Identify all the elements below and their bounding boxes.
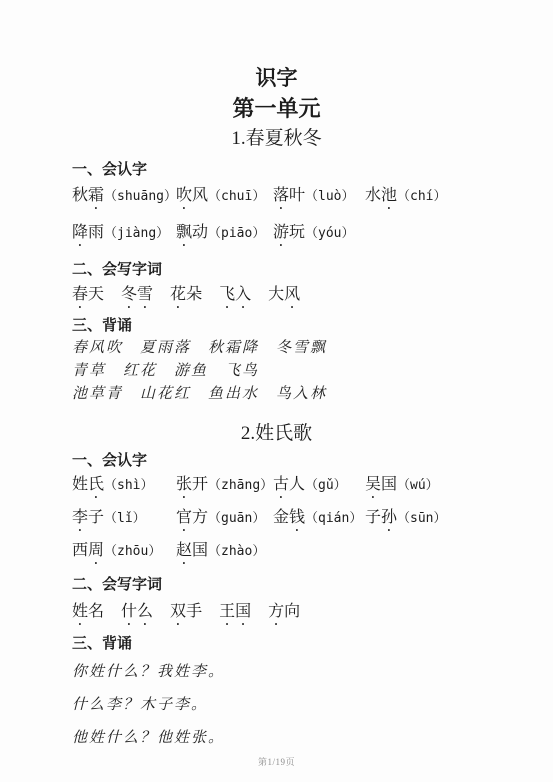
word-plain: 水 [365, 187, 381, 204]
word-plain: 子 [365, 509, 381, 526]
word-plain: 叶 [289, 187, 305, 204]
vocab-word: 花朵 [170, 283, 202, 312]
lesson2-recognize-heading: 一、会认字 [72, 450, 517, 472]
word-emphasized: 花 [170, 286, 186, 303]
vocab-word: 吹风（chuī） [176, 184, 273, 213]
vocab-word: 赵国（zhào） [176, 539, 273, 568]
word-plain: 风 [192, 187, 208, 204]
recite-line: 青草 红花 游鱼 飞鸟 [72, 360, 517, 383]
word-pinyin: （jiàng） [104, 226, 169, 241]
word-plain: 秋 [72, 187, 88, 204]
word-plain: 大 [268, 286, 284, 303]
vocab-word: 张开（zhāng） [176, 473, 273, 502]
word-pinyin: （yóu） [305, 226, 354, 241]
word-plain: 子 [88, 509, 104, 526]
lesson1-recognize-row-2: 降雨（jiàng） 飘动（piāo） 游玩（yóu） [72, 221, 517, 250]
word-emphasized: 李 [72, 509, 88, 526]
vocab-word: 金钱（qián） [273, 506, 365, 535]
word-emphasized: 吴 [365, 476, 381, 493]
word-plain: 玩 [289, 224, 305, 241]
lesson1-title: 1.春夏秋冬 [0, 124, 553, 154]
word-pinyin: （chí） [397, 189, 446, 204]
vocab-word: 秋霜（shuāng） [72, 184, 176, 213]
lesson1-recite-heading: 三、背诵 [72, 315, 517, 337]
recite-line: 你姓什么？我姓李。 [72, 661, 517, 684]
word-emphasized: 飘 [176, 224, 192, 241]
vocab-word: 落叶（luò） [273, 184, 365, 213]
lesson2-title: 2.姓氏歌 [0, 419, 553, 449]
vocab-word: 降雨（jiàng） [72, 221, 176, 250]
vocab-word: 吴国（wú） [365, 473, 439, 502]
vocab-word: 姓名 [72, 600, 104, 629]
word-emphasized: 氏 [88, 476, 104, 493]
word-emphasized: 双 [170, 603, 186, 620]
word-pinyin: （shì） [104, 478, 153, 493]
word-plain: 国 [381, 476, 397, 493]
vocab-word: 古人（gǔ） [273, 473, 365, 502]
word-plain: 手 [186, 603, 202, 620]
vocab-word: 李子（lǐ） [72, 506, 176, 535]
word-pinyin: （sūn） [397, 511, 446, 526]
word-emphasized: 霜 [88, 187, 104, 204]
word-pinyin: （qián） [305, 511, 362, 526]
word-pinyin: （wú） [397, 478, 439, 493]
word-plain: 天 [88, 286, 104, 303]
lesson1-write-heading: 二、会写字词 [72, 259, 517, 281]
vocab-word: 大风 [268, 283, 300, 312]
word-pinyin: （zhōu） [104, 544, 161, 559]
word-plain: 名 [88, 603, 104, 620]
word-pinyin: （shuāng） [104, 189, 177, 204]
lesson1-recognize-row-1: 秋霜（shuāng） 吹风（chuī） 落叶（luò） 水池（chí） [72, 184, 517, 213]
vocab-word: 什么 [121, 600, 153, 629]
vocab-word: 姓氏（shì） [72, 473, 176, 502]
word-emphasized: 飞入 [219, 286, 251, 303]
vocab-word: 方向 [268, 600, 300, 629]
word-pinyin: （piāo） [208, 226, 265, 241]
word-pinyin: （zhào） [208, 544, 265, 559]
lesson1-content: 一、会认字 秋霜（shuāng） 吹风（chuī） 落叶（luò） 水池（chí… [0, 159, 553, 406]
word-emphasized: 张 [176, 476, 192, 493]
doc-title: 识字 [0, 64, 553, 94]
word-plain: 开 [192, 476, 208, 493]
word-emphasized: 孙 [381, 509, 397, 526]
vocab-word: 飞入 [219, 283, 251, 312]
lesson2-recognize-row-2: 李子（lǐ） 官方（guān） 金钱（qián） 子孙（sūn） [72, 506, 517, 535]
lesson2-recognize-row-3: 西周（zhōu） 赵国（zhào） [72, 539, 517, 568]
word-emphasized: 吹 [176, 187, 192, 204]
word-emphasized: 古 [273, 476, 289, 493]
word-emphasized: 落 [273, 187, 289, 204]
word-emphasized: 姓 [72, 603, 88, 620]
word-pinyin: （zhāng） [208, 478, 273, 493]
word-plain: 向 [284, 603, 300, 620]
vocab-word: 春天 [72, 283, 104, 312]
lesson1-recognize-heading: 一、会认字 [72, 159, 517, 181]
document-page: 识字 第一单元 1.春夏秋冬 一、会认字 秋霜（shuāng） 吹风（chuī）… [0, 0, 553, 782]
recite-line: 他姓什么？他姓张。 [72, 727, 517, 750]
word-pinyin: （lǐ） [104, 511, 146, 526]
word-plain: 方 [192, 509, 208, 526]
lesson2-write-row: 姓名 什么 双手 王国 方向 [72, 600, 517, 629]
word-emphasized: 周 [88, 542, 104, 559]
vocab-word: 飘动（piāo） [176, 221, 273, 250]
vocab-word: 双手 [170, 600, 202, 629]
word-emphasized: 春 [72, 286, 88, 303]
recite-line: 春风吹 夏雨落 秋霜降 冬雪飘 [72, 337, 517, 360]
word-emphasized: 什么 [121, 603, 153, 620]
lesson1-write-row: 春天 冬雪 花朵 飞入 大风 [72, 283, 517, 312]
vocab-word: 王国 [219, 600, 251, 629]
vocab-word: 西周（zhōu） [72, 539, 176, 568]
recite-line: 池草青 山花红 鱼出水 鸟入林 [72, 383, 517, 406]
word-plain: 雨 [88, 224, 104, 241]
word-emphasized: 冬雪 [121, 286, 153, 303]
word-plain: 国 [192, 542, 208, 559]
word-pinyin: （chuī） [208, 189, 265, 204]
word-emphasized: 钱 [289, 509, 305, 526]
lesson2-write-heading: 二、会写字词 [72, 574, 517, 596]
word-plain: 朵 [186, 286, 202, 303]
word-emphasized: 王国 [219, 603, 251, 620]
lesson2-content: 一、会认字 姓氏（shì） 张开（zhāng） 古人（gǔ） 吴国（wú） 李子… [0, 450, 553, 750]
unit-title: 第一单元 [0, 94, 553, 124]
recite-line: 什么李？木子李。 [72, 694, 517, 717]
word-emphasized: 降 [72, 224, 88, 241]
lesson2-recite-heading: 三、背诵 [72, 633, 517, 655]
word-pinyin: （luò） [305, 189, 354, 204]
vocab-word: 水池（chí） [365, 184, 447, 213]
word-emphasized: 风 [284, 286, 300, 303]
lesson2-recognize-row-1: 姓氏（shì） 张开（zhāng） 古人（gǔ） 吴国（wú） [72, 473, 517, 502]
word-emphasized: 赵 [176, 542, 192, 559]
word-emphasized: 游 [273, 224, 289, 241]
word-plain: 姓 [72, 476, 88, 493]
word-plain: 金 [273, 509, 289, 526]
page-number: 第1/19页 [0, 755, 553, 768]
word-plain: 动 [192, 224, 208, 241]
vocab-word: 游玩（yóu） [273, 221, 365, 250]
word-plain: 人 [289, 476, 305, 493]
word-plain: 西 [72, 542, 88, 559]
word-pinyin: （gǔ） [305, 478, 347, 493]
vocab-word: 子孙（sūn） [365, 506, 447, 535]
word-emphasized: 官 [176, 509, 192, 526]
word-emphasized: 方 [268, 603, 284, 620]
word-emphasized: 池 [381, 187, 397, 204]
vocab-word: 官方（guān） [176, 506, 273, 535]
vocab-word: 冬雪 [121, 283, 153, 312]
word-pinyin: （guān） [208, 511, 265, 526]
